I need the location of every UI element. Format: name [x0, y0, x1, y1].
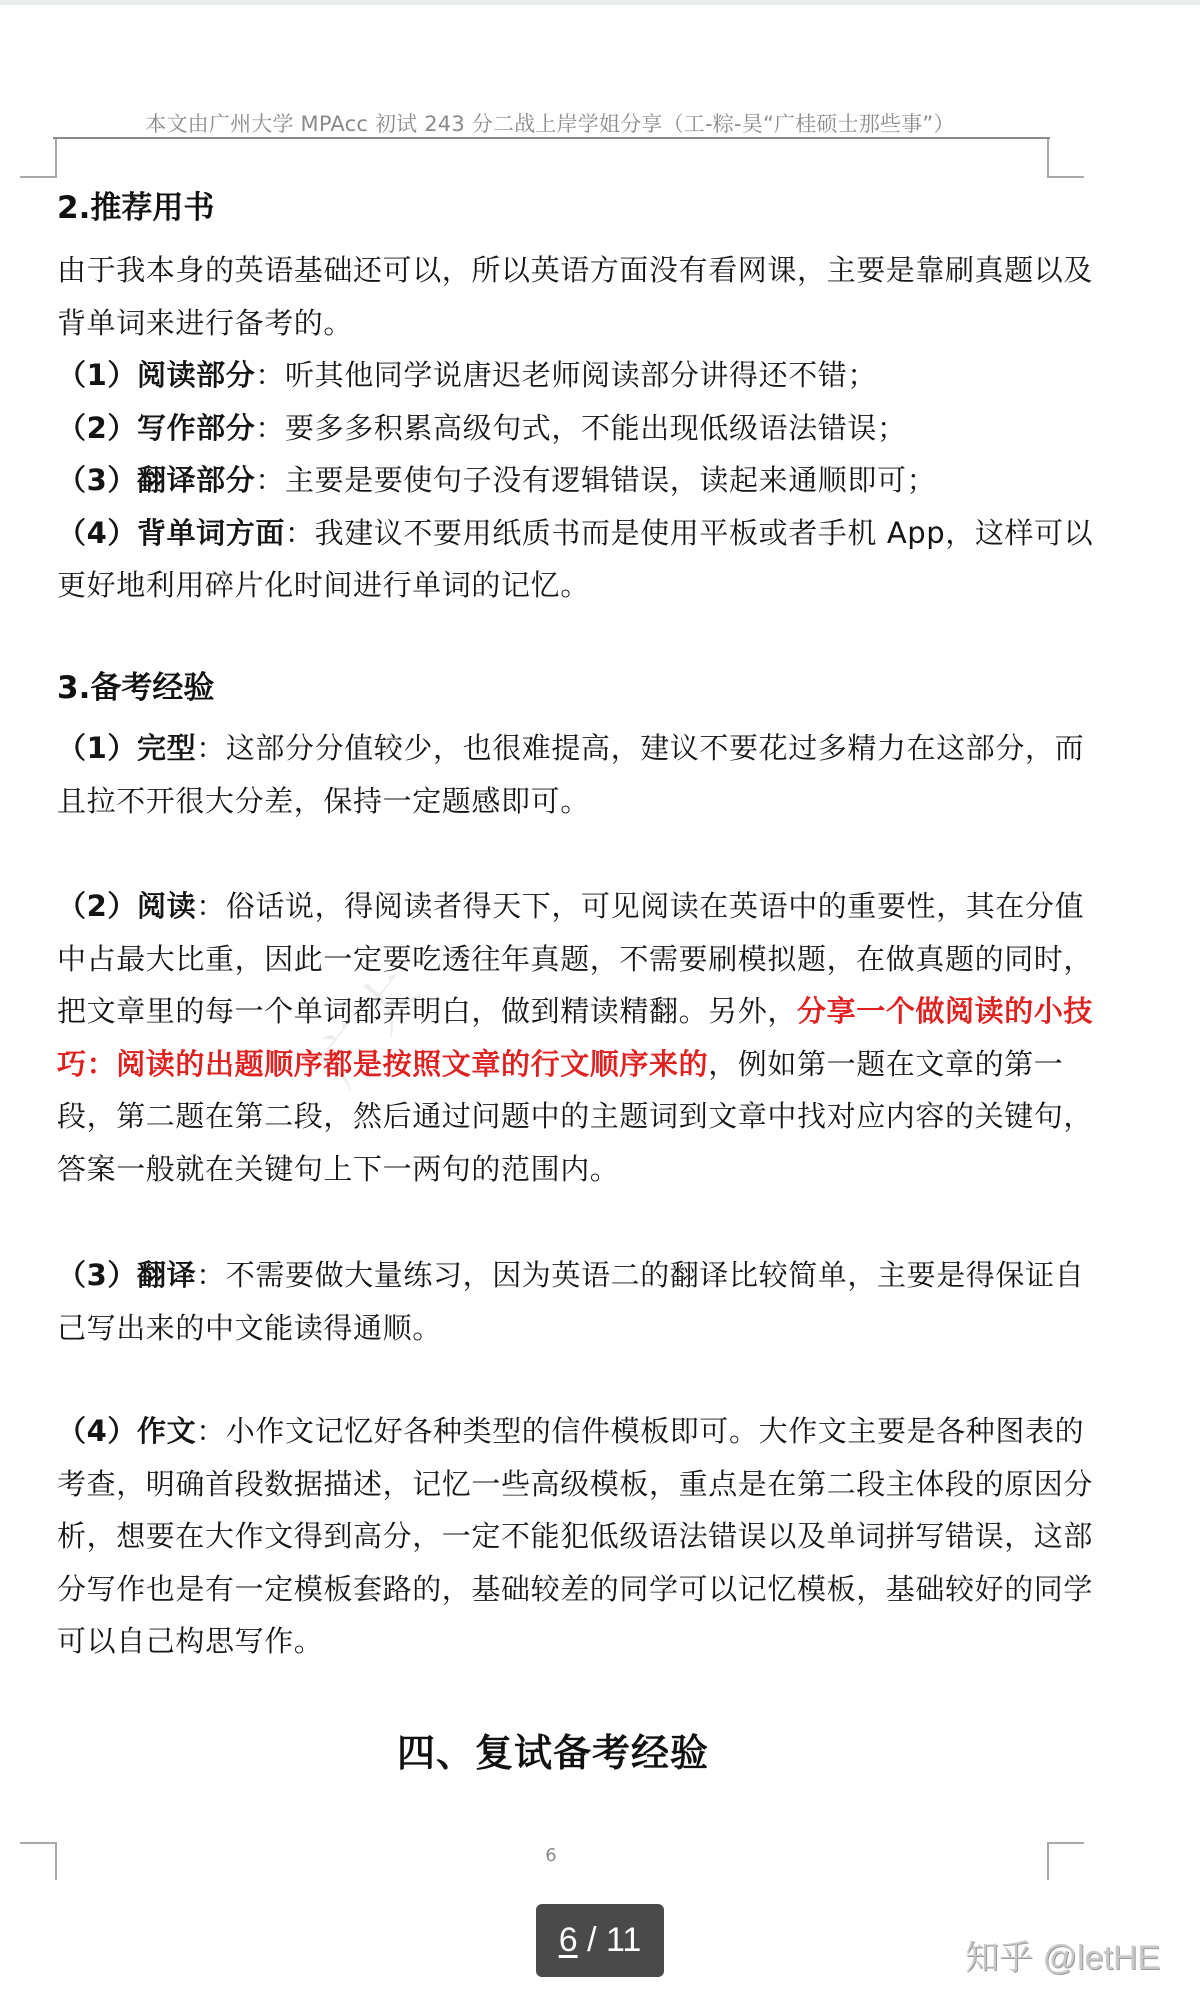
- bold-label: 作文: [137, 1414, 196, 1448]
- top-status-strip: [0, 0, 1200, 5]
- body-text: ：要多多积累高级句式，不能出现低级语法错误；: [255, 411, 906, 445]
- bold-label: 翻译: [137, 1258, 196, 1292]
- paragraph-line: 巧：阅读的出题顺序都是按照文章的行文顺序来的，例如第一题在文章的第一: [57, 1038, 1057, 1090]
- paragraph-line: （4）背单词方面：我建议不要用纸质书而是使用平板或者手机 App，这样可以: [57, 507, 1057, 559]
- body-text: 背单词来进行备考的。: [57, 306, 353, 340]
- highlighted-text: 巧：阅读的出题顺序都是按照文章的行文顺序来的: [57, 1047, 708, 1081]
- bold-label: （4）: [57, 1414, 137, 1448]
- bold-label: （3）: [57, 463, 137, 497]
- crop-mark-top-right: [1047, 139, 1049, 177]
- page-number: 6: [536, 1845, 566, 1866]
- page-separator: /: [578, 1921, 606, 1959]
- paragraph-line: 段，第二题在第二段，然后通过问题中的主题词到文章中找对应内容的关键句，: [57, 1090, 1057, 1142]
- body-text: ：主要是要使句子没有逻辑错误，读起来通顺即可；: [255, 463, 936, 497]
- bold-label: 写作部分: [137, 411, 255, 445]
- total-pages: 11: [606, 1921, 641, 1959]
- body-text: 考查，明确首段数据描述，记忆一些高级模板，重点是在第二段主体段的原因分: [57, 1467, 1093, 1501]
- crop-mark-bottom-left: [55, 1842, 57, 1880]
- crop-mark-top-left: [55, 139, 57, 177]
- paragraph-line: （2）阅读：俗话说，得阅读者得天下，可见阅读在英语中的重要性，其在分值: [57, 880, 1057, 932]
- bold-label: （2）: [57, 889, 137, 923]
- section-heading-recommended-books: 2.推荐用书: [57, 182, 214, 234]
- crop-mark-bottom-left: [20, 1842, 57, 1844]
- body-text: 由于我本身的英语基础还可以，所以英语方面没有看网课，主要是靠刷真题以及: [57, 253, 1093, 287]
- bold-label: 完型: [137, 731, 196, 765]
- body-text: 把文章里的每一个单词都弄明白，做到精读精翻。另外，: [57, 994, 797, 1028]
- paragraph-line: 中占最大比重，因此一定要吃透往年真题，不需要刷模拟题，在做真题的同时，: [57, 933, 1057, 985]
- body-text: ，例如第一题在文章的第一: [708, 1047, 1063, 1081]
- bold-label: （1）: [57, 358, 137, 392]
- paragraph-line: （3）翻译：不需要做大量练习，因为英语二的翻译比较简单，主要是得保证自: [57, 1249, 1057, 1301]
- bold-label: 阅读部分: [137, 358, 255, 392]
- zhihu-watermark: 知乎 @letHE: [965, 1930, 1160, 1979]
- body-text: ：我建议不要用纸质书而是使用平板或者手机 App，这样可以: [285, 516, 1093, 550]
- paragraph-line: （2）写作部分：要多多积累高级句式，不能出现低级语法错误；: [57, 402, 1057, 454]
- paragraph-line: （1）完型：这部分分值较少，也很难提高，建议不要花过多精力在这部分，而: [57, 722, 1057, 774]
- crop-mark-bottom-right: [1047, 1842, 1084, 1844]
- body-text: 答案一般就在关键句上下一两句的范围内。: [57, 1152, 619, 1186]
- bold-label: 翻译部分: [137, 463, 255, 497]
- paragraph-line: 析，想要在大作文得到高分，一定不能犯低级语法错误以及单词拼写错误，这部: [57, 1510, 1057, 1562]
- section-heading-prep-experience: 3.备考经验: [57, 662, 214, 714]
- bold-label: 阅读: [137, 889, 196, 923]
- paragraph-line: 且拉不开很大分差，保持一定题感即可。: [57, 775, 1057, 827]
- body-text: ：这部分分值较少，也很难提高，建议不要花过多精力在这部分，而: [196, 731, 1084, 765]
- bold-label: 背单词方面: [137, 516, 285, 550]
- bold-label: （1）: [57, 731, 137, 765]
- body-text: ：俗话说，得阅读者得天下，可见阅读在英语中的重要性，其在分值: [196, 889, 1084, 923]
- header-rule: [53, 137, 1050, 139]
- body-text: 更好地利用碎片化时间进行单词的记忆。: [57, 568, 590, 602]
- body-text: 且拉不开很大分差，保持一定题感即可。: [57, 784, 590, 818]
- bold-label: （4）: [57, 516, 137, 550]
- page-indicator[interactable]: 6 / 11: [536, 1904, 664, 1977]
- paragraph-line: （4）作文：小作文记忆好各种类型的信件模板即可。大作文主要是各种图表的: [57, 1405, 1057, 1457]
- body-text: 中占最大比重，因此一定要吃透往年真题，不需要刷模拟题，在做真题的同时，: [57, 942, 1093, 976]
- body-text: ：不需要做大量练习，因为英语二的翻译比较简单，主要是得保证自: [196, 1258, 1084, 1292]
- current-page: 6: [559, 1921, 578, 1959]
- paragraph-line: 背单词来进行备考的。: [57, 297, 1057, 349]
- body-text: ：小作文记忆好各种类型的信件模板即可。大作文主要是各种图表的: [196, 1414, 1084, 1448]
- bold-label: （3）: [57, 1258, 137, 1292]
- highlighted-text: 分享一个做阅读的小技: [797, 994, 1093, 1028]
- body-text: 段，第二题在第二段，然后通过问题中的主题词到文章中找对应内容的关键句，: [57, 1099, 1093, 1133]
- paragraph-line: 把文章里的每一个单词都弄明白，做到精读精翻。另外，分享一个做阅读的小技: [57, 985, 1057, 1037]
- paragraph-line: 可以自己构思写作。: [57, 1615, 1057, 1667]
- paragraph-line: 答案一般就在关键句上下一两句的范围内。: [57, 1143, 1057, 1195]
- chapter-heading-retest: 四、复试备考经验: [0, 1723, 1106, 1783]
- crop-mark-top-left: [20, 176, 57, 178]
- paragraph-line: 更好地利用碎片化时间进行单词的记忆。: [57, 559, 1057, 611]
- paragraph-line: （3）翻译部分：主要是要使句子没有逻辑错误，读起来通顺即可；: [57, 454, 1057, 506]
- crop-mark-top-right: [1047, 176, 1084, 178]
- paragraph-line: 己写出来的中文能读得通顺。: [57, 1302, 1057, 1354]
- body-text: ：听其他同学说唐迟老师阅读部分讲得还不错；: [255, 358, 877, 392]
- bold-label: （2）: [57, 411, 137, 445]
- body-text: 析，想要在大作文得到高分，一定不能犯低级语法错误以及单词拼写错误，这部: [57, 1519, 1093, 1553]
- body-text: 分写作也是有一定模板套路的，基础较差的同学可以记忆模板，基础较好的同学: [57, 1572, 1093, 1606]
- paragraph-line: （1）阅读部分：听其他同学说唐迟老师阅读部分讲得还不错；: [57, 349, 1057, 401]
- paragraph-line: 考查，明确首段数据描述，记忆一些高级模板，重点是在第二段主体段的原因分: [57, 1458, 1057, 1510]
- paragraph-line: 由于我本身的英语基础还可以，所以英语方面没有看网课，主要是靠刷真题以及: [57, 244, 1057, 296]
- body-text: 可以自己构思写作。: [57, 1624, 323, 1658]
- page-header-text: 本文由广州大学 MPAcc 初试 243 分二战上岸学姐分享（工-粽-昊“广桂硕…: [0, 108, 1100, 138]
- paragraph-line: 分写作也是有一定模板套路的，基础较差的同学可以记忆模板，基础较好的同学: [57, 1563, 1057, 1615]
- crop-mark-bottom-right: [1047, 1842, 1049, 1880]
- body-text: 己写出来的中文能读得通顺。: [57, 1311, 442, 1345]
